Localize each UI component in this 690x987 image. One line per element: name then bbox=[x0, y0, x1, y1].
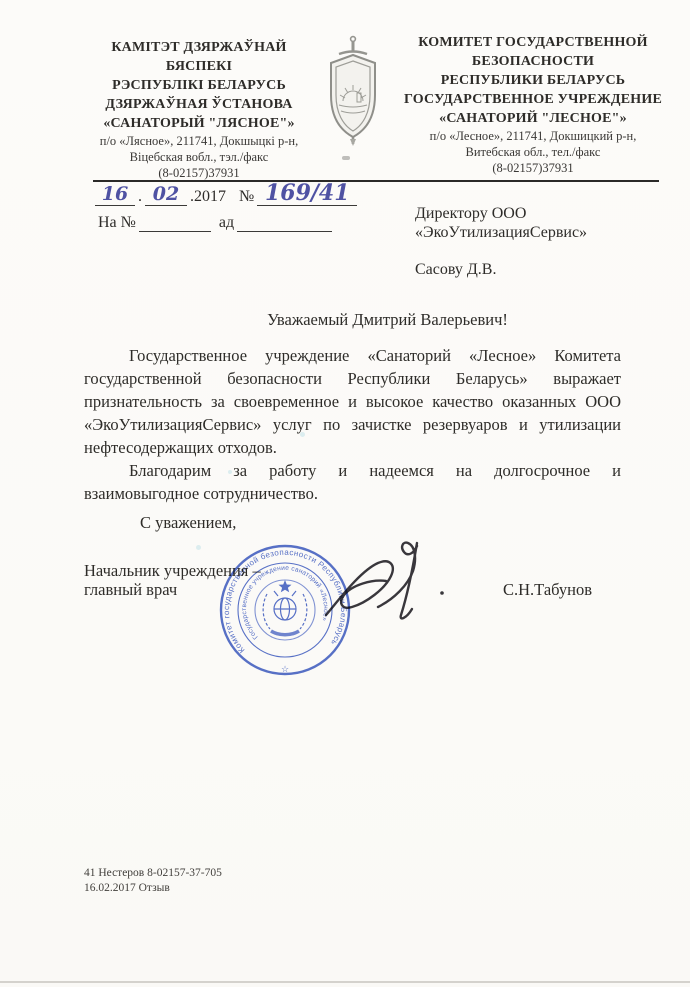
reply-ad-label: ад bbox=[211, 214, 237, 232]
reply-reference-line: На № ад bbox=[95, 214, 332, 232]
org-name-line: РЕСПУБЛИКИ БЕЛАРУСЬ bbox=[387, 71, 679, 90]
date-month-field: 02 bbox=[145, 187, 187, 206]
svg-text:Государственное учреждение сан: Государственное учреждение санаторий «Ле… bbox=[241, 565, 329, 641]
body-line: нефтесодержащих отходов. bbox=[84, 436, 621, 459]
org-name-line: КОМИТЕТ ГОСУДАРСТВЕННОЙ bbox=[387, 33, 679, 52]
header-divider-rule bbox=[93, 180, 659, 182]
scanned-letter-page: КАМІТЭТ ДЗЯРЖАЎНАЙ БЯСПЕКІ РЭСПУБЛІКІ БЕ… bbox=[0, 0, 690, 987]
body-line: «ЭкоУтилизацияСервис» услуг по зачистке … bbox=[84, 413, 621, 436]
date-dot: . bbox=[135, 188, 145, 206]
scan-bottom-edge bbox=[0, 981, 690, 983]
body-line: государственной безопасности Республики … bbox=[84, 367, 621, 390]
reply-prefix: На № bbox=[95, 214, 139, 232]
date-day-field: 16 bbox=[95, 187, 135, 206]
org-name-line: БЯСПЕКІ bbox=[58, 57, 340, 76]
executor-line: 41 Нестеров 8-02157-37-705 bbox=[84, 866, 222, 881]
reply-number-blank bbox=[139, 231, 211, 232]
org-name-line: КАМІТЭТ ДЗЯРЖАЎНАЙ bbox=[58, 38, 340, 57]
org-name-line: БЕЗОПАСНОСТИ bbox=[387, 52, 679, 71]
handwritten-day: 16 bbox=[102, 183, 128, 205]
org-phone: (8-02157)37931 bbox=[58, 165, 340, 181]
stamp-coat-of-arms bbox=[263, 580, 307, 635]
signer-name: С.Н.Табунов bbox=[503, 580, 592, 600]
body-line: Государственное учреждение «Санаторий «Л… bbox=[84, 344, 621, 367]
number-sign: № bbox=[229, 188, 257, 206]
signer-position-line2: главный врач bbox=[84, 580, 177, 600]
org-name-line: ГОСУДАРСТВЕННОЕ УЧРЕЖДЕНИЕ bbox=[387, 90, 679, 109]
org-name-line: «САНАТОРИЙ "ЛЕСНОЕ"» bbox=[387, 109, 679, 128]
stamp-inner-text: Государственное учреждение санаторий «Ле… bbox=[241, 565, 329, 641]
reply-date-blank bbox=[237, 231, 332, 232]
org-address-line: Віцебская вобл., тэл./факс bbox=[58, 149, 340, 165]
document-date-subject: 16.02.2017 Отзыв bbox=[84, 881, 222, 896]
org-name-line: РЭСПУБЛІКІ БЕЛАРУСЬ bbox=[58, 76, 340, 95]
org-address-line: п/о «Лесное», 211741, Докшицкий р-н, bbox=[387, 128, 679, 144]
body-line: признательность за своевременное и высок… bbox=[84, 390, 621, 413]
org-address-line: п/о «Лясное», 211741, Докшыцкі р-н, bbox=[58, 133, 340, 149]
recipient-company: «ЭкоУтилизацияСервис» bbox=[415, 223, 587, 242]
recipient-title: Директору ООО bbox=[415, 204, 587, 223]
closing-regards: С уважением, bbox=[140, 513, 236, 533]
body-line: Благодарим за работу и надеемся на долго… bbox=[84, 459, 621, 482]
recipient-block: Директору ООО «ЭкоУтилизацияСервис» Сасо… bbox=[415, 204, 587, 279]
org-name-line: «САНАТОРЫЙ "ЛЯСНОЕ"» bbox=[58, 114, 340, 133]
body-line: взаимовыгодное сотрудничество. bbox=[84, 482, 621, 505]
org-name-line: ДЗЯРЖАЎНАЯ ЎСТАНОВА bbox=[58, 95, 340, 114]
handwritten-number: 169/41 bbox=[265, 180, 350, 206]
org-phone: (8-02157)37931 bbox=[387, 160, 679, 176]
scan-smudge bbox=[342, 156, 350, 160]
stamp-star-separator: ☆ bbox=[281, 664, 289, 674]
scan-speck bbox=[228, 470, 232, 474]
org-address-line: Витебская обл., тел./факс bbox=[387, 144, 679, 160]
footer-executor-block: 41 Нестеров 8-02157-37-705 16.02.2017 От… bbox=[84, 866, 222, 895]
letterhead-belarusian: КАМІТЭТ ДЗЯРЖАЎНАЙ БЯСПЕКІ РЭСПУБЛІКІ БЕ… bbox=[58, 38, 340, 181]
letterhead-russian: КОМИТЕТ ГОСУДАРСТВЕННОЙ БЕЗОПАСНОСТИ РЕС… bbox=[387, 33, 679, 176]
scan-speck bbox=[300, 432, 305, 437]
letter-body: Государственное учреждение «Санаторий «Л… bbox=[84, 344, 621, 505]
kgb-shield-and-sword-icon bbox=[326, 35, 380, 147]
scan-speck bbox=[196, 545, 201, 550]
date-year: .2017 bbox=[187, 188, 229, 206]
handwritten-signature bbox=[320, 531, 455, 626]
salutation: Уважаемый Дмитрий Валерьевич! bbox=[120, 310, 655, 330]
outgoing-number-field: 169/41 bbox=[257, 186, 357, 206]
handwritten-month: 02 bbox=[153, 183, 179, 205]
recipient-person: Сасову Д.В. bbox=[415, 260, 587, 279]
reference-date-line: 16 . 02 .2017 № 169/41 bbox=[95, 186, 357, 206]
